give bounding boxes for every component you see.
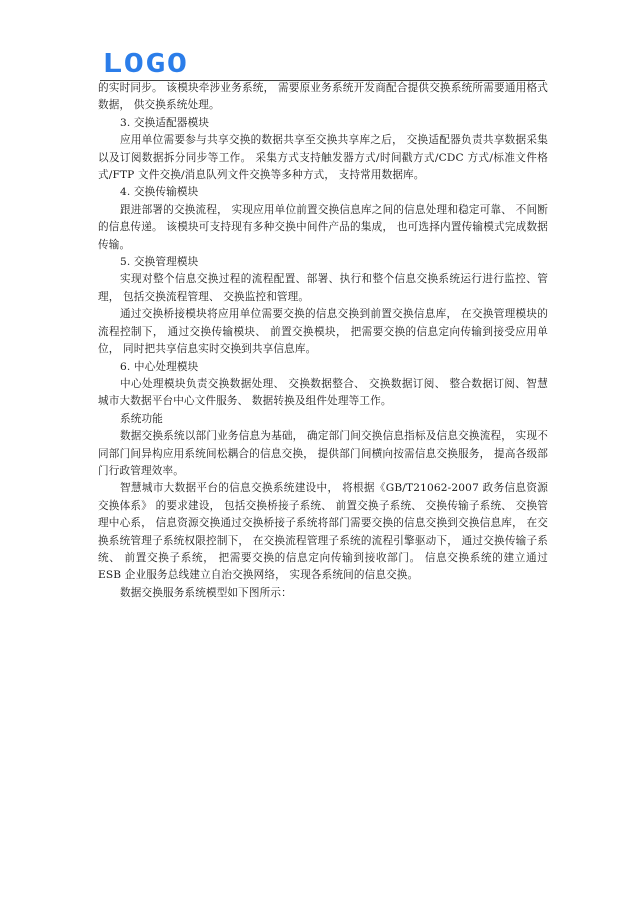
paragraph-figure-intro: 数据交换服务系统模型如下图所示： bbox=[98, 585, 548, 602]
paragraph: 跟进部署的交换流程， 实现应用单位前置交换信息库之间的信息处理和稳定可靠、 不间… bbox=[98, 202, 548, 254]
paragraph: 通过交换桥接模块将应用单位需要交换的信息交换到前置交换信息库， 在交换管理模块的… bbox=[98, 306, 548, 358]
paragraph-continuation: 的实时同步。 该模块牵涉业务系统， 需要原业务系统开发商配合提供交换系统所需要通… bbox=[98, 80, 548, 115]
document-body: 的实时同步。 该模块牵涉业务系统， 需要原业务系统开发商配合提供交换系统所需要通… bbox=[98, 80, 548, 602]
logo: LOGO bbox=[102, 50, 188, 79]
section-heading-exchange-adapter: 3. 交换适配器模块 bbox=[98, 115, 548, 132]
section-heading-exchange-transport: 4. 交换传输模块 bbox=[98, 184, 548, 201]
section-heading-system-functions: 系统功能 bbox=[98, 411, 548, 428]
section-heading-exchange-management: 5. 交换管理模块 bbox=[98, 254, 548, 271]
document-page: LOGO 的实时同步。 该模块牵涉业务系统， 需要原业务系统开发商配合提供交换系… bbox=[0, 0, 640, 906]
paragraph: 应用单位需要参与共享交换的数据共享至交换共享库之后， 交换适配器负责共享数据采集… bbox=[98, 132, 548, 184]
paragraph: 智慧城市大数据平台的信息交换系统建设中， 将根据《GB/T21062-2007 … bbox=[98, 480, 548, 584]
paragraph: 中心处理模块负责交换数据处理、 交换数据整合、 交换数据订阅、 整合数据订阅、智… bbox=[98, 376, 548, 411]
page-header: LOGO bbox=[100, 50, 545, 80]
paragraph: 数据交换系统以部门业务信息为基础， 确定部门间交换信息指标及信息交换流程， 实现… bbox=[98, 428, 548, 480]
paragraph: 实现对整个信息交换过程的流程配置、部署、执行和整个信息交换系统运行进行监控、管理… bbox=[98, 271, 548, 306]
section-heading-central-processing: 6. 中心处理模块 bbox=[98, 359, 548, 376]
